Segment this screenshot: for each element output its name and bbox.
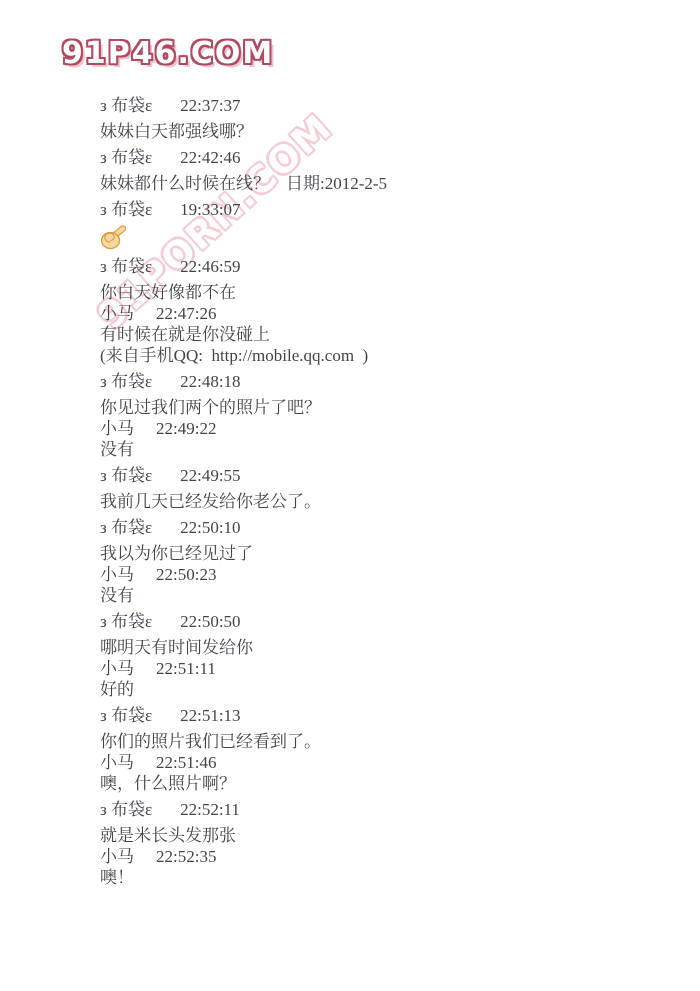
sender-name: з 布袋ε — [100, 612, 152, 631]
sender-header: з 布袋ε22:48:18 — [100, 371, 660, 392]
message-text: 你白天好像都不在 — [100, 282, 660, 303]
sender-name: з 布袋ε — [100, 96, 152, 115]
message-timestamp: 22:51:13 — [180, 706, 240, 725]
message-text-with-date: 妹妹都什么时候在线？日期:2012-2-5 — [100, 173, 660, 194]
sender-name: з 布袋ε — [100, 706, 152, 725]
sender-header-inline: 小马22:51:46 — [100, 752, 660, 773]
sender-header: з 布袋ε22:42:46 — [100, 147, 660, 168]
message-text: 没有 — [100, 439, 660, 460]
sender-header-inline: 小马22:49:22 — [100, 418, 660, 439]
sender-name: з 布袋ε — [100, 148, 152, 167]
message-timestamp: 22:50:23 — [156, 565, 216, 584]
message-text: 好的 — [100, 679, 660, 700]
sender-name: 小马 — [100, 419, 134, 438]
message-text: 妹妹都什么时候在线？ — [100, 174, 270, 193]
sender-header: з 布袋ε22:52:11 — [100, 799, 660, 820]
sender-header-inline: 小马22:52:35 — [100, 846, 660, 867]
sender-name: 小马 — [100, 659, 134, 678]
sender-name: 小马 — [100, 565, 134, 584]
message-timestamp: 22:49:22 — [156, 419, 216, 438]
message-timestamp: 22:37:37 — [180, 96, 240, 115]
message-text: 妹妹白天都强线哪？ — [100, 121, 660, 142]
message-text: 有时候在就是你没碰上 — [100, 324, 660, 345]
sender-name: з 布袋ε — [100, 372, 152, 391]
message-timestamp: 22:42:46 — [180, 148, 240, 167]
message-timestamp: 22:48:18 — [180, 372, 240, 391]
message-text: (来自手机QQ: http://mobile.qq.com ) — [100, 345, 660, 366]
sender-name: 小马 — [100, 847, 134, 866]
message-text: 噢！ — [100, 867, 660, 888]
sender-header-inline: 小马22:50:23 — [100, 564, 660, 585]
message-text: 你们的照片我们已经看到了。 — [100, 731, 660, 752]
sender-header: з 布袋ε22:50:10 — [100, 517, 660, 538]
sender-name: з 布袋ε — [100, 800, 152, 819]
sender-header: з 布袋ε22:46:59 — [100, 256, 660, 277]
handshake-emoticon-icon — [100, 225, 660, 251]
sender-name: з 布袋ε — [100, 257, 152, 276]
message-text: 就是米长头发那张 — [100, 825, 660, 846]
sender-header-inline: 小马22:51:11 — [100, 658, 660, 679]
message-timestamp: 22:51:46 — [156, 753, 216, 772]
sender-name: 小马 — [100, 753, 134, 772]
sender-header: з 布袋ε22:37:37 — [100, 95, 660, 116]
sender-name: з 布袋ε — [100, 518, 152, 537]
sender-name: з 布袋ε — [100, 466, 152, 485]
message-text: 我以为你已经见过了 — [100, 543, 660, 564]
sender-header: з 布袋ε19:33:07 — [100, 199, 660, 220]
message-text: 你见过我们两个的照片了吧？ — [100, 397, 660, 418]
message-timestamp: 22:52:11 — [180, 800, 240, 819]
message-timestamp: 19:33:07 — [180, 200, 240, 219]
chat-log-page: 91PORN.COM 91P46.COM з 布袋ε22:37:37妹妹白天都强… — [0, 0, 700, 991]
message-text: 没有 — [100, 585, 660, 606]
message-timestamp: 22:46:59 — [180, 257, 240, 276]
message-text: 哪明天有时间发给你 — [100, 637, 660, 658]
sender-header: з 布袋ε22:51:13 — [100, 705, 660, 726]
date-label: 日期:2012-2-5 — [286, 174, 387, 193]
sender-name: з 布袋ε — [100, 200, 152, 219]
message-timestamp: 22:50:10 — [180, 518, 240, 537]
message-timestamp: 22:51:11 — [156, 659, 216, 678]
sender-header: з 布袋ε22:49:55 — [100, 465, 660, 486]
sender-name: 小马 — [100, 304, 134, 323]
message-timestamp: 22:50:50 — [180, 612, 240, 631]
sender-header: з 布袋ε22:50:50 — [100, 611, 660, 632]
message-text: 噢，什么照片啊？ — [100, 773, 660, 794]
chat-transcript: з 布袋ε22:37:37妹妹白天都强线哪？з 布袋ε22:42:46妹妹都什么… — [100, 90, 660, 888]
sender-header-inline: 小马22:47:26 — [100, 303, 660, 324]
message-text: 我前几天已经发给你老公了。 — [100, 491, 660, 512]
message-timestamp: 22:52:35 — [156, 847, 216, 866]
site-logo: 91P46.COM — [62, 36, 274, 71]
message-timestamp: 22:47:26 — [156, 304, 216, 323]
message-timestamp: 22:49:55 — [180, 466, 240, 485]
